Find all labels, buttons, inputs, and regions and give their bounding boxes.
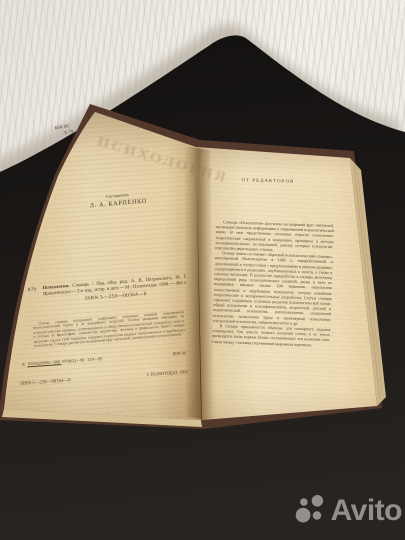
catalog-suffix: 119—89 [87, 356, 102, 362]
catalog-prefix: К [22, 362, 25, 367]
gutter-shadow [184, 146, 214, 422]
book-photo-graphic [0, 0, 405, 540]
editors-paragraph: Основу книги составляет «Краткий психоло… [213, 250, 333, 327]
bbk-code: ББК 88 [172, 350, 185, 356]
avito-logo-dots-icon [290, 488, 328, 534]
editors-paragraph: Словарь «Психология» рассчитан на широки… [215, 219, 334, 254]
photo-scene: ПСИХОЛОГИЯ ББК 88 К 79 Составитель Л. А.… [0, 0, 405, 540]
catalog-letter: К79 [27, 286, 43, 306]
library-stamp: ББК 88 К 79 [54, 123, 73, 138]
editors-paragraph: В словаре принимаются обычные для словар… [212, 323, 331, 348]
editors-text: Словарь «Психология» рассчитан на широки… [212, 219, 334, 348]
avito-watermark: Avito [290, 486, 402, 536]
avito-watermark-label: Avito [331, 494, 402, 528]
